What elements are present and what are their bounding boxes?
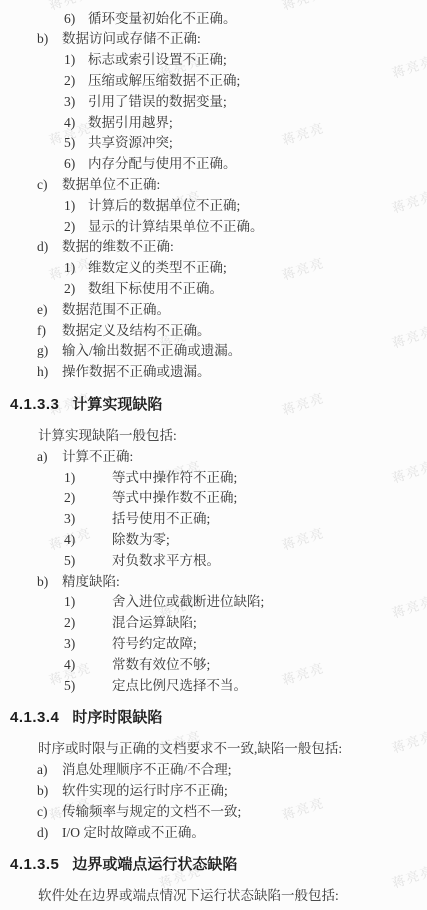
list-item-label: 2) bbox=[64, 491, 112, 505]
list-item: 5)共享资源冲突; bbox=[0, 133, 427, 154]
list-item: 3)引用了错误的数据变量; bbox=[0, 91, 427, 112]
list-item: 4)数据引用越界; bbox=[0, 112, 427, 133]
list-item: d)数据的维数不正确: bbox=[0, 237, 427, 258]
list-item-label: 1) bbox=[64, 53, 88, 67]
list-item: d)I/O 定时故障或不正确。 bbox=[0, 822, 427, 843]
section-number: 4.1.3.5 bbox=[10, 857, 59, 872]
list-item: a)计算不正确: bbox=[0, 446, 427, 467]
list-item: 2)数组下标使用不正确。 bbox=[0, 278, 427, 299]
section-heading: 4.1.3.3计算实现缺陷 bbox=[0, 394, 427, 414]
list-item-label: f) bbox=[37, 324, 62, 338]
list-item-text: 等式中操作数不正确; bbox=[112, 491, 237, 505]
list-item-text: 内存分配与使用不正确。 bbox=[88, 157, 237, 171]
list-item-text: 维数定义的类型不正确; bbox=[88, 261, 227, 275]
list-item: c)传输频率与规定的文档不一致; bbox=[0, 801, 427, 822]
list-item-text: 定点比例尺选择不当。 bbox=[112, 679, 247, 693]
list-item-text: 消息处理顺序不正确/不合理; bbox=[62, 763, 232, 777]
list-item: 2)压缩或解压缩数据不正确; bbox=[0, 70, 427, 91]
list-item: h)操作数据不正确或遗漏。 bbox=[0, 362, 427, 383]
list-item-label: a) bbox=[37, 450, 62, 464]
list-item-label: 3) bbox=[64, 637, 112, 651]
list-item-text: 操作数据不正确或遗漏。 bbox=[62, 365, 211, 379]
list-item-text: 除数为零; bbox=[112, 533, 170, 547]
paragraph: 时序或时限与正确的文档要求不一致,缺陷一般包括: bbox=[0, 739, 427, 760]
list-item-text: 数组下标使用不正确。 bbox=[88, 282, 223, 296]
list-item-label: g) bbox=[37, 344, 62, 358]
list-item: 6)内存分配与使用不正确。 bbox=[0, 154, 427, 175]
list-item-label: 1) bbox=[64, 595, 112, 609]
list-item-label: 6) bbox=[64, 12, 88, 26]
list-item-label: 1) bbox=[64, 261, 88, 275]
list-item-label: c) bbox=[37, 178, 62, 192]
list-item-text: 输入/输出数据不正确或遗漏。 bbox=[62, 344, 241, 358]
list-item-text: 引用了错误的数据变量; bbox=[88, 95, 227, 109]
list-item: e)数据范围不正确。 bbox=[0, 299, 427, 320]
list-item-label: b) bbox=[37, 32, 62, 46]
list-item: 4)除数为零; bbox=[0, 529, 427, 550]
list-item-text: 数据的维数不正确: bbox=[62, 240, 174, 254]
list-item-text: 压缩或解压缩数据不正确; bbox=[88, 74, 240, 88]
list-item-text: 软件实现的运行时序不正确; bbox=[62, 784, 228, 798]
list-item-label: a) bbox=[37, 763, 62, 777]
section-title: 时序时限缺陷 bbox=[72, 710, 162, 725]
list-item: 6)循环变量初始化不正确。 bbox=[0, 8, 427, 29]
list-item: 3)符号约定故障; bbox=[0, 633, 427, 654]
paragraph: 软件处在边界或端点情况下运行状态缺陷一般包括: bbox=[0, 886, 427, 907]
list-item-label: 2) bbox=[64, 220, 88, 234]
list-item-label: 2) bbox=[64, 74, 88, 88]
list-item-label: 4) bbox=[64, 658, 112, 672]
list-item: g)输入/输出数据不正确或遗漏。 bbox=[0, 341, 427, 362]
document-page: { "page": { "background_color": "#fcfcfc… bbox=[0, 0, 427, 910]
list-item: 2)混合运算缺陷; bbox=[0, 613, 427, 634]
list-item: 1)等式中操作符不正确; bbox=[0, 467, 427, 488]
list-item: 4)常数有效位不够; bbox=[0, 654, 427, 675]
list-item: b)软件实现的运行时序不正确; bbox=[0, 780, 427, 801]
list-item-label: 1) bbox=[64, 471, 112, 485]
list-item-text: I/O 定时故障或不正确。 bbox=[62, 826, 205, 840]
list-item: b)数据访问或存储不正确: bbox=[0, 29, 427, 50]
list-item: 1)标志或索引设置不正确; bbox=[0, 50, 427, 71]
section-number: 4.1.3.3 bbox=[10, 397, 59, 412]
list-item-label: 5) bbox=[64, 554, 112, 568]
list-item-label: c) bbox=[37, 805, 62, 819]
list-item: 2)等式中操作数不正确; bbox=[0, 488, 427, 509]
list-item: 2)显示的计算结果单位不正确。 bbox=[0, 216, 427, 237]
list-item-label: 3) bbox=[64, 512, 112, 526]
list-item-text: 数据引用越界; bbox=[88, 116, 173, 130]
list-item: 1)维数定义的类型不正确; bbox=[0, 258, 427, 279]
list-item-label: e) bbox=[37, 303, 62, 317]
list-item-text: 常数有效位不够; bbox=[112, 658, 210, 672]
list-item-text: 数据定义及结构不正确。 bbox=[62, 324, 211, 338]
list-item-text: 数据范围不正确。 bbox=[62, 303, 170, 317]
list-item-label: 2) bbox=[64, 616, 112, 630]
list-item-label: 4) bbox=[64, 533, 112, 547]
list-item-text: 共享资源冲突; bbox=[88, 136, 173, 150]
list-item-text: 括号使用不正确; bbox=[112, 512, 210, 526]
list-item-label: b) bbox=[37, 575, 62, 589]
list-item-label: 4) bbox=[64, 116, 88, 130]
list-item-label: 5) bbox=[64, 136, 88, 150]
section-heading: 4.1.3.4时序时限缺陷 bbox=[0, 708, 427, 728]
list-item-text: 数据单位不正确: bbox=[62, 178, 160, 192]
list-item-label: 3) bbox=[64, 95, 88, 109]
list-item-text: 符号约定故障; bbox=[112, 637, 197, 651]
list-item: a)消息处理顺序不正确/不合理; bbox=[0, 760, 427, 781]
list-item-label: d) bbox=[37, 826, 62, 840]
list-item-label: h) bbox=[37, 365, 62, 379]
list-item-text: 混合运算缺陷; bbox=[112, 616, 197, 630]
list-item-label: b) bbox=[37, 784, 62, 798]
section-number: 4.1.3.4 bbox=[10, 710, 59, 725]
list-item: 1)舍入进位或截断进位缺陷; bbox=[0, 592, 427, 613]
list-item-label: d) bbox=[37, 240, 62, 254]
list-item-text: 循环变量初始化不正确。 bbox=[88, 12, 237, 26]
section-title: 计算实现缺陷 bbox=[72, 397, 162, 412]
list-item-text: 数据访问或存储不正确: bbox=[62, 32, 201, 46]
section-heading: 4.1.3.5边界或端点运行状态缺陷 bbox=[0, 855, 427, 875]
list-item-text: 传输频率与规定的文档不一致; bbox=[62, 805, 241, 819]
document-body: 6)循环变量初始化不正确。b)数据访问或存储不正确:1)标志或索引设置不正确;2… bbox=[0, 0, 427, 906]
list-item-text: 对负数求平方根。 bbox=[112, 554, 220, 568]
list-item-label: 6) bbox=[64, 157, 88, 171]
list-item-text: 显示的计算结果单位不正确。 bbox=[88, 220, 264, 234]
list-item-text: 标志或索引设置不正确; bbox=[88, 53, 227, 67]
list-item: 5)定点比例尺选择不当。 bbox=[0, 675, 427, 696]
list-item-text: 舍入进位或截断进位缺陷; bbox=[112, 595, 264, 609]
list-item-label: 2) bbox=[64, 282, 88, 296]
list-item-label: 5) bbox=[64, 679, 112, 693]
list-item-text: 计算后的数据单位不正确; bbox=[88, 199, 240, 213]
list-item: 1)计算后的数据单位不正确; bbox=[0, 195, 427, 216]
paragraph: 计算实现缺陷一般包括: bbox=[0, 425, 427, 446]
list-item: f)数据定义及结构不正确。 bbox=[0, 320, 427, 341]
list-item: 5)对负数求平方根。 bbox=[0, 550, 427, 571]
list-item: b)精度缺陷: bbox=[0, 571, 427, 592]
list-item-text: 计算不正确: bbox=[62, 450, 133, 464]
list-item-text: 精度缺陷: bbox=[62, 575, 120, 589]
list-item: 3)括号使用不正确; bbox=[0, 509, 427, 530]
list-item-label: 1) bbox=[64, 199, 88, 213]
list-item-text: 等式中操作符不正确; bbox=[112, 471, 237, 485]
list-item: c)数据单位不正确: bbox=[0, 174, 427, 195]
section-title: 边界或端点运行状态缺陷 bbox=[72, 857, 237, 872]
